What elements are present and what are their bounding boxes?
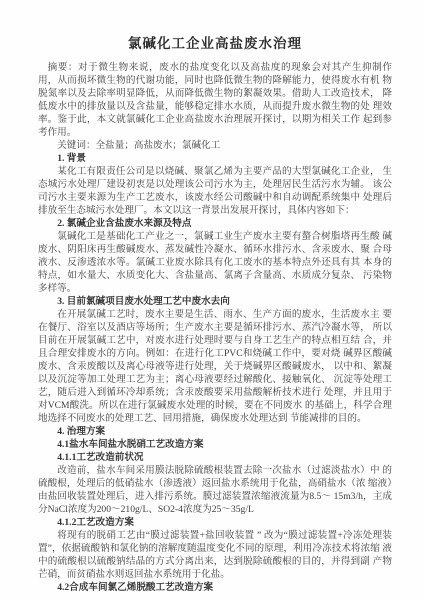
section-3-heading: 3. 目前氯碱项目废水处理工艺中废水去向 (38, 295, 392, 308)
section-3-paragraph: 在开展氯碱工艺时，废水主要是生活、雨水、生产方面的废水，生活废水主 要在餐厅、浴… (38, 308, 392, 425)
section-4-1-1-paragraph: 改造前，盐水车间采用膜法脱除硫酸根装置去除一次盐水（过滤淡盐水）中 的硫酸根，处… (38, 464, 392, 516)
section-4-heading: 4. 治理方案 (38, 425, 392, 438)
section-2-heading: 2. 氯碱企业含盐废水来源及特点 (38, 217, 392, 230)
section-4-1-1-heading: 4.1.1工艺改造前状况 (38, 451, 392, 464)
document-title: 氯碱化工企业高盐废水治理 (38, 36, 392, 52)
section-4-1-2-heading: 4.1.2工艺改造方案 (38, 516, 392, 529)
section-1-heading: 1. 背景 (38, 152, 392, 165)
section-2-paragraph: 氯碱化工是基础化工产业之一，氯碱工业生产废水主要有螯合树脂塔再生酸 碱废水、阴阳… (38, 230, 392, 295)
abstract-paragraph: 摘要：对于微生物来说，废水的盐度变化以及高盐度的现象会对其产生抑制作 用，从而损… (38, 61, 392, 139)
document-page: 氯碱化工企业高盐废水治理 摘要：对于微生物来说，废水的盐度变化以及高盐度的现象会… (0, 0, 424, 600)
section-1-paragraph: 某化工有限责任公司是以烧碱、聚氯乙烯为主要产品的大型氯碱化工企业， 生态城污水处… (38, 165, 392, 217)
document-body: 摘要：对于微生物来说，废水的盐度变化以及高盐度的现象会对其产生抑制作 用，从而损… (38, 61, 392, 594)
keywords-line: 关键词：全盐量；高盐废水；氯碱化工 (38, 139, 392, 152)
section-4-2-heading: 4.2合成车间氯乙烯脱酸工艺改造方案 (38, 581, 392, 594)
section-4-1-2-paragraph: 将现有的脱硝工艺由“膜过滤装置+盐回收装置 ” 改为“膜过滤装置+冷冻处理装 置… (38, 529, 392, 581)
section-4-1-heading: 4.1盐水车间盐水脱硝工艺改造方案 (38, 438, 392, 451)
